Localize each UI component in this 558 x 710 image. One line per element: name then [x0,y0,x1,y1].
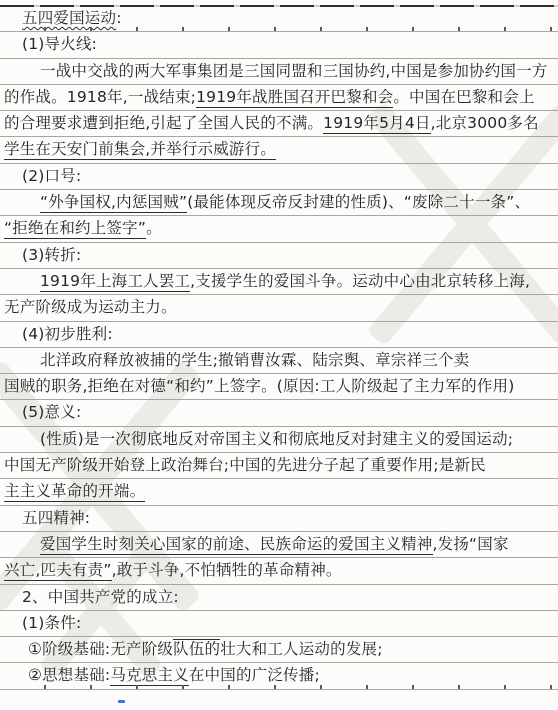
note-line: 爱国学生时刻关心国家的前途、民族命运的爱国主义精神,发扬“国家 [0,532,558,558]
underlined-phrase: “拒绝在和约上签字” [4,219,146,239]
note-line: (1)导火线: [0,32,558,58]
note-text: 的合理要求遭到拒绝,引起了全国人民的不满。 [4,114,323,132]
note-text: (最能体现反帝反封建的性质)、“废除二十一条”、 [187,193,530,211]
note-text: ,支援学生的爱国斗争。运动中心由北京转移上海, [190,272,530,290]
underlined-phrase: 马克思主义 [110,666,189,686]
note-text: 无产阶级成为运动主力。 [4,298,177,316]
note-line: 国贼的职务,拒绝在对德“和约”上签字。(原因:工人阶级起了主力军的作用) [0,374,558,400]
note-line: “拒绝在和约上签字”。 [0,216,558,242]
note-line: (性质)是一次彻底地反对帝国主义和彻底地反对封建主义的爱国运动; [0,427,558,453]
underlined-phrase: 1919年上海工人罢工 [40,272,190,292]
note-text: (1)条件: [22,614,81,632]
note-line: 五四精神: [0,506,558,532]
note-line: 兴亡,匹夫有责”,敢于斗争,不怕牺牲的革命精神。 [0,558,558,584]
note-line: 北洋政府释放被捕的学生;撤销曹汝霖、陆宗舆、章宗祥三个卖 [0,348,558,374]
note-text: (5)意义: [22,403,81,421]
note-text: 五四精神: [22,509,90,527]
note-line: 学生在天安门前集会,并举行示威游行。 [0,137,558,163]
ruled-text-area: 五四爱国运动: (1)导火线: 一战中交战的两大军事集团是三国同盟和三国协约,中… [0,6,558,690]
underlined-phrase: 爱国学生时刻关心国家的前途、民族命运的爱国主义精神 [40,535,433,555]
note-line: (4)初步胜利: [0,322,558,348]
note-line: ②思想基础:马克思主义在中国的广泛传播; [0,663,558,689]
section-title: 五四爱国运动 [22,9,116,27]
note-line: (3)转折: [0,243,558,269]
underlined-phrase: 1919年战胜国召开巴黎和会 [196,88,393,108]
note-text: (性质)是一次彻底地反对帝国主义和彻底地反对封建主义的爱国运动; [40,430,513,448]
note-text: (1)导火线: [22,35,97,53]
underlined-phrase: 1919年5月4日 [323,114,430,134]
note-text: 一战中交战的两大军事集团是三国同盟和三国协约,中国是参加协约国一方 [40,62,548,80]
underlined-phrase: 兴亡,匹夫有责” [4,561,112,581]
note-line: (2)口号: [0,164,558,190]
note-title-line: 五四爱国运动: [0,6,558,32]
note-text: (4)初步胜利: [22,325,113,343]
note-text: ,北京3000多名 [431,114,539,132]
note-text: 中国无产阶级开始登上政治舞台;中国的先进分子起了重要作用;是新民 [4,456,486,474]
note-text: 壮大和工人运动的发展; [220,640,382,658]
note-line: (5)意义: [0,400,558,426]
note-line: 1919年上海工人罢工,支援学生的爱国斗争。运动中心由北京转移上海, [0,269,558,295]
handwritten-notes-page: 五四爱国运动: (1)导火线: 一战中交战的两大军事集团是三国同盟和三国协约,中… [0,0,558,710]
note-line: 主主义革命的开端。 [0,479,558,505]
note-line: 无产阶级成为运动主力。 [0,295,558,321]
note-text: 在中国的广泛传播; [189,666,320,684]
note-text: 的作战。1918年,一战结束; [4,88,196,106]
note-text: 北洋政府释放被捕的学生;撤销曹汝霖、陆宗舆、章宗祥三个卖 [40,351,469,369]
note-text: 。 [146,219,162,237]
note-text: 国贼的职务,拒绝在对德“和约”上签字。(原因:工人阶级起了主力军的作用) [4,377,515,395]
note-line: 2、中国共产党的成立: [0,585,558,611]
note-text: ①阶级基础:无产阶级 [28,640,173,658]
page-top-edge-line [0,5,558,7]
note-text: : [116,9,121,27]
underlined-phrase: 主主义革命的开端。 [4,482,145,502]
note-line: 一战中交战的两大军事集团是三国同盟和三国协约,中国是参加协约国一方 [0,59,558,85]
note-line: 的作战。1918年,一战结束;1919年战胜国召开巴黎和会。中国在巴黎和会上 [0,85,558,111]
underlined-phrase: 学生在天安门前集会,并举行示威游行。 [4,140,276,160]
underlined-phrase: “外争国权,内惩国贼” [40,193,187,213]
note-text: 2、中国共产党的成立: [22,588,179,606]
overlined-phrase: 队伍的 [173,639,220,658]
note-text: ②思想基础: [28,666,110,684]
note-line: (1)条件: [0,611,558,637]
note-text: (2)口号: [22,167,81,185]
note-line: 的合理要求遭到拒绝,引起了全国人民的不满。1919年5月4日,北京3000多名 [0,111,558,137]
note-line: ①阶级基础:无产阶级队伍的壮大和工人运动的发展; [0,637,558,663]
note-line: “外争国权,内惩国贼”(最能体现反帝反封建的性质)、“废除二十一条”、 [0,190,558,216]
note-text: ,发扬“国家 [433,535,509,553]
note-text: 。中国在巴黎和会上 [393,88,534,106]
note-line: 中国无产阶级开始登上政治舞台;中国的先进分子起了重要作用;是新民 [0,453,558,479]
note-text: ,敢于斗争,不怕牺牲的革命精神。 [112,561,342,579]
blue-ink-mark [118,700,125,703]
note-text: (3)转折: [22,246,81,264]
